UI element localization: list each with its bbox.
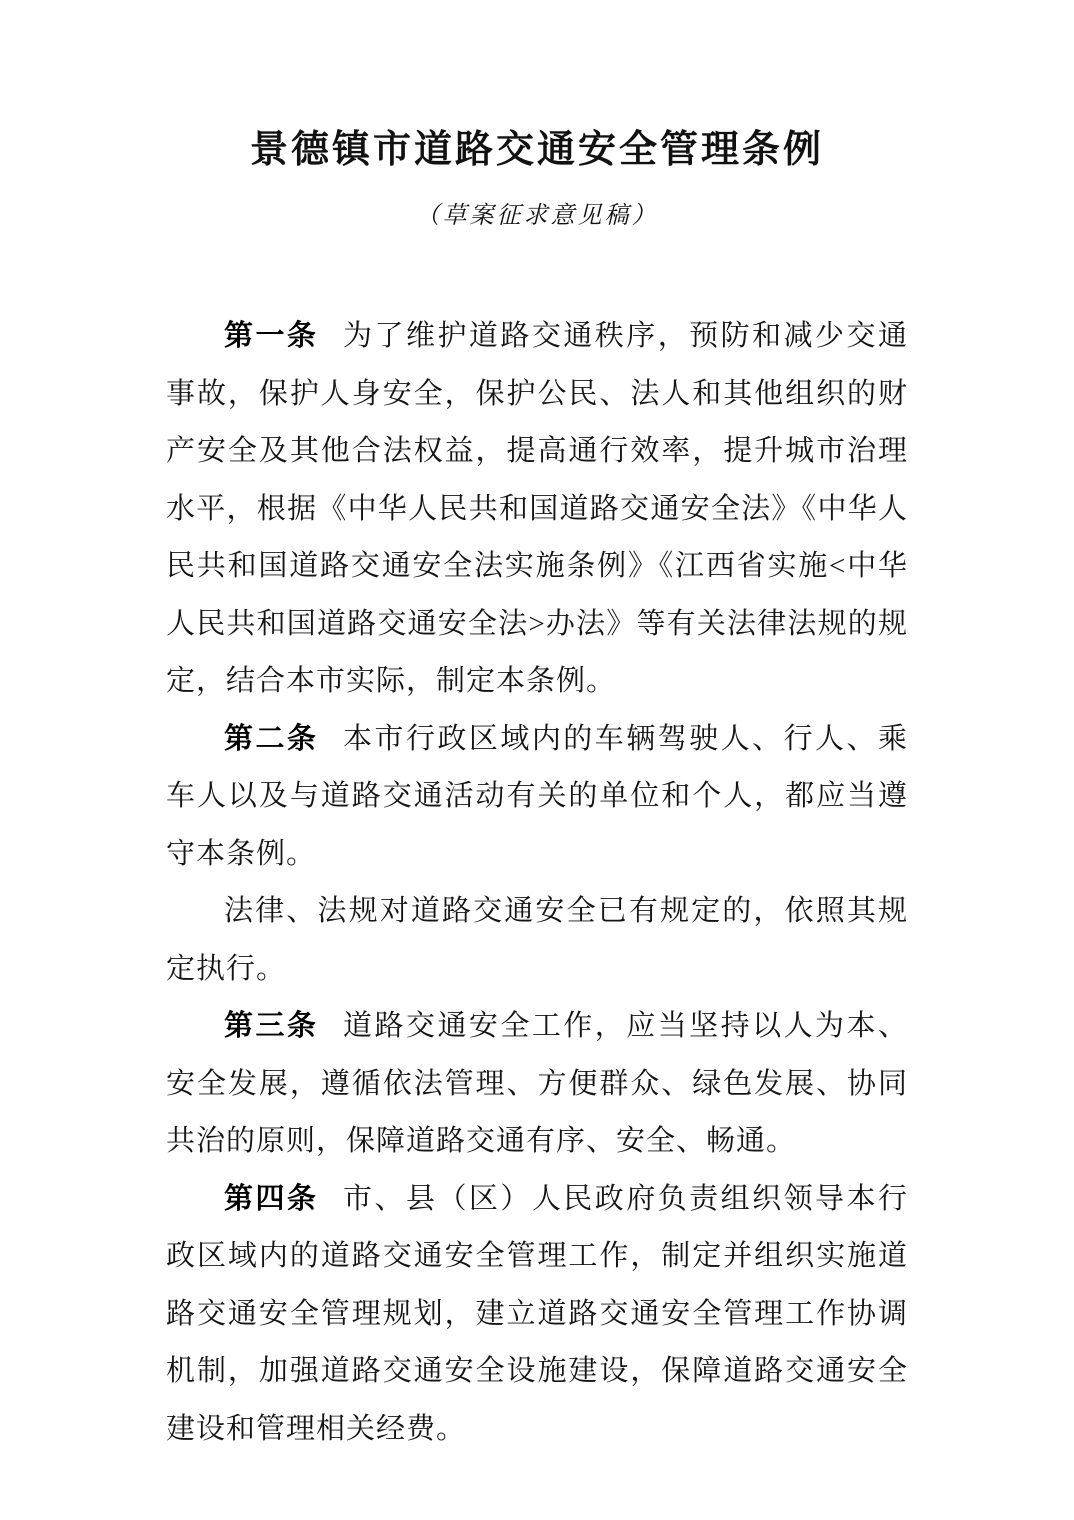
article-4-text: 市、县（区）人民政府负责组织领导本行政区域内的道路交通安全管理工作，制定并组织实… bbox=[166, 1183, 908, 1445]
article-1-label: 第一条 bbox=[224, 320, 318, 352]
article-2-label: 第二条 bbox=[224, 723, 318, 755]
paragraph-article-1: 第一条为了维护道路交通秩序，预防和减少交通事故，保护人身安全，保护公民、法人和其… bbox=[166, 308, 908, 711]
document-subtitle: （草案征求意见稿） bbox=[166, 200, 908, 232]
paragraph-article-3: 第三条道路交通安全工作，应当坚持以人为本、安全发展，遵循依法管理、方便群众、绿色… bbox=[166, 998, 908, 1171]
article-1-text: 为了维护道路交通秩序，预防和减少交通事故，保护人身安全，保护公民、法人和其他组织… bbox=[166, 320, 908, 697]
document-page: 景德镇市道路交通安全管理条例 （草案征求意见稿） 第一条为了维护道路交通秩序，预… bbox=[0, 0, 1074, 1520]
paragraph-article-2-continuation: 法律、法规对道路交通安全已有规定的，依照其规定执行。 bbox=[166, 883, 908, 998]
article-2-continuation-text: 法律、法规对道路交通安全已有规定的，依照其规定执行。 bbox=[166, 895, 908, 985]
paragraph-article-4: 第四条市、县（区）人民政府负责组织领导本行政区域内的道路交通安全管理工作，制定并… bbox=[166, 1171, 908, 1459]
article-3-label: 第三条 bbox=[224, 1010, 318, 1042]
document-body: 第一条为了维护道路交通秩序，预防和减少交通事故，保护人身安全，保护公民、法人和其… bbox=[166, 308, 908, 1458]
document-title: 景德镇市道路交通安全管理条例 bbox=[166, 126, 908, 174]
paragraph-article-2: 第二条本市行政区域内的车辆驾驶人、行人、乘车人以及与道路交通活动有关的单位和个人… bbox=[166, 711, 908, 884]
article-4-label: 第四条 bbox=[224, 1183, 318, 1215]
